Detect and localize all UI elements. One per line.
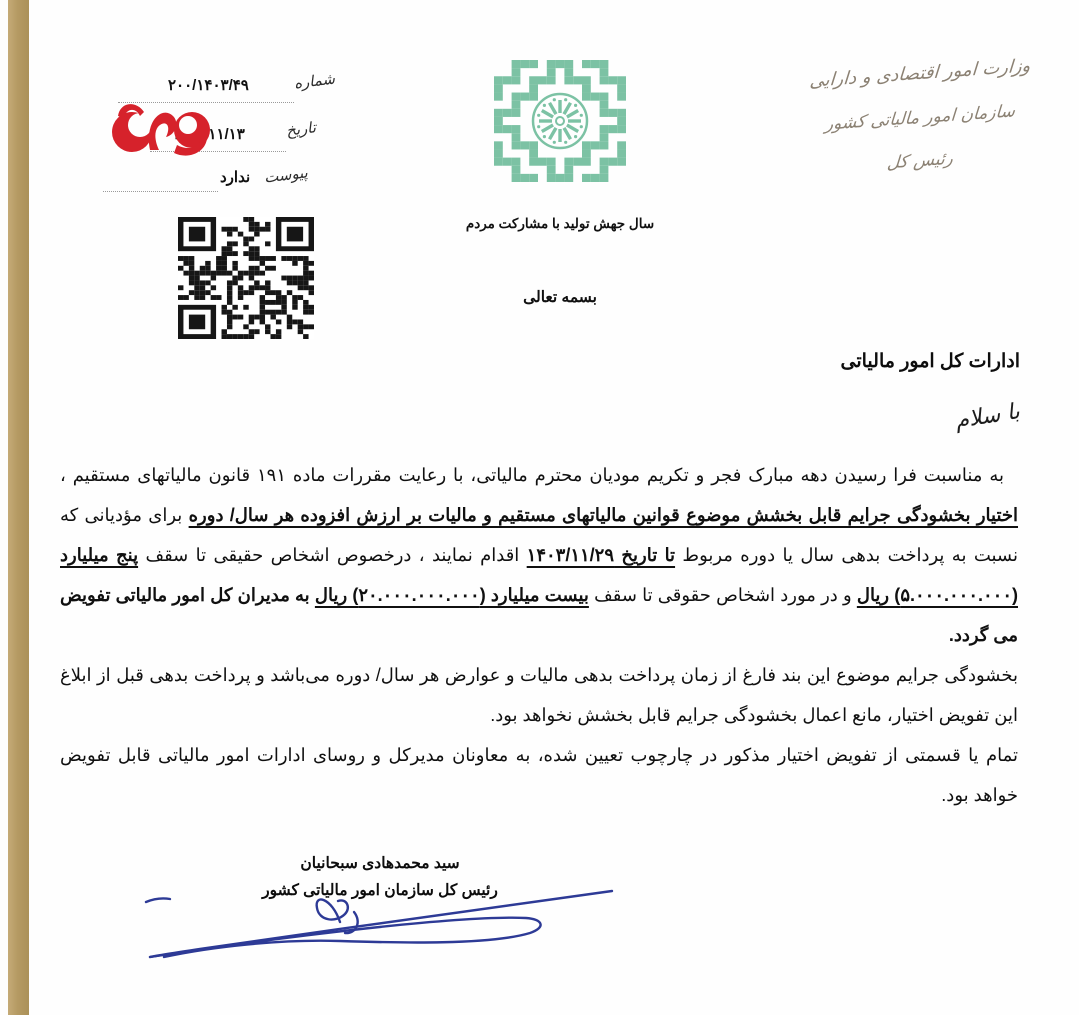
letter-paragraph: تمام یا قسمتی از تفویض اختیار مذکور در چ… xyxy=(60,735,1018,815)
paper-edge-strip xyxy=(8,0,29,1015)
tax-administration-emblem-icon xyxy=(494,60,626,182)
attachment-value: ندارد xyxy=(220,168,250,186)
letter-page: وزارت امور اقتصادی و دارایی سازمان امور … xyxy=(0,0,1079,1015)
letter-paragraph: بخشودگی جرایم موضوع این بند فارغ از زمان… xyxy=(60,655,1018,735)
addressee: ادارات کل امور مالیاتی xyxy=(620,350,1020,373)
attachment-dotted-line xyxy=(103,191,218,192)
signatory-name: سید محمدهادی سبحانیان xyxy=(215,850,545,877)
salutation: با سلام xyxy=(929,395,1046,438)
qr-code xyxy=(178,217,314,339)
letter-paragraph: به مناسبت فرا رسیدن دهه مبارک فجر و تکری… xyxy=(60,455,1018,655)
attachment-label: پیوست xyxy=(263,163,309,186)
bismillah: بسمه تعالی xyxy=(440,288,680,307)
year-slogan: سال جهش تولید با مشارکت مردم xyxy=(440,216,680,232)
mehr-news-logo-icon xyxy=(110,92,218,162)
signature-icon xyxy=(140,884,620,966)
date-label: تاریخ xyxy=(285,118,317,140)
letter-body: به مناسبت فرا رسیدن دهه مبارک فجر و تکری… xyxy=(60,455,1018,815)
number-label: شماره xyxy=(293,70,336,93)
letterhead-calligraphy: وزارت امور اقتصادی و دارایی سازمان امور … xyxy=(775,52,1065,182)
